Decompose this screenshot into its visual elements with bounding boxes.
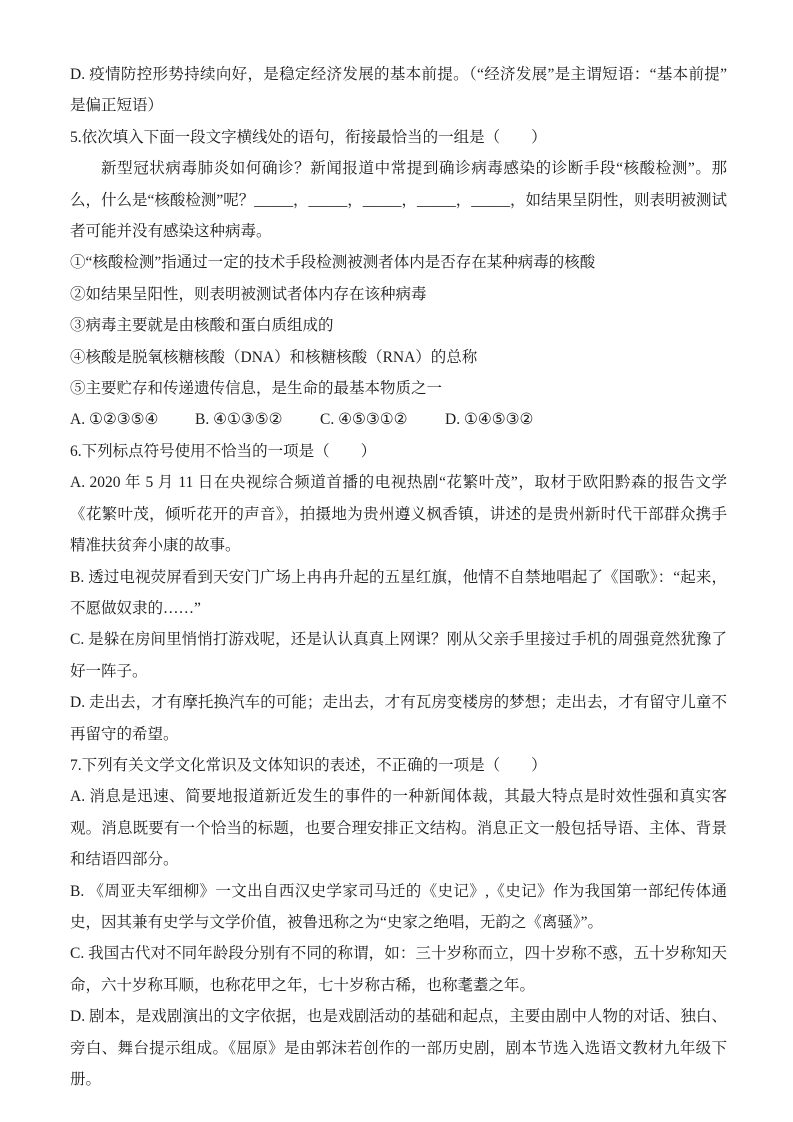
question-5-options-row: A. ①②③⑤④ B. ④①③⑤② C. ④⑤③①② D. ①④⑤③② (70, 404, 727, 435)
question-5-stem: 5.依次填入下面一段文字横线处的语句，衔接最恰当的一组是（ ） (70, 122, 727, 153)
question-7: 7.下列有关文学文化常识及文体知识的表述，不正确的一项是（ ） A. 消息是迅速… (70, 750, 727, 1095)
question-7-option-a: A. 消息是迅速、简要地报道新近发生的事件的一种新闻体裁，其最大特点是时效性强和… (70, 781, 727, 875)
question-6-option-c: C. 是躲在房间里悄悄打游戏呢，还是认认真真上网课？刚从父亲手里接过手机的周强竟… (70, 624, 727, 687)
question-7-option-b: B. 《周亚夫军细柳》一文出自西汉史学家司马迁的《史记》,《史记》作为我国第一部… (70, 876, 727, 939)
question-5-statement-3: ③病毒主要就是由核酸和蛋白质组成的 (70, 310, 727, 341)
question-5-option-a: A. ①②③⑤④ (70, 404, 195, 435)
question-5-statement-4: ④核酸是脱氧核糖核酸（DNA）和核糖核酸（RNA）的总称 (70, 342, 727, 373)
exam-document-page: D. 疫情防控形势持续向好，是稳定经济发展的基本前提。（“经济发展”是主谓短语：… (0, 0, 793, 1122)
question-6-option-d: D. 走出去，才有摩托换汽车的可能；走出去，才有瓦房变楼房的梦想；走出去，才有留… (70, 687, 727, 750)
question-7-stem: 7.下列有关文学文化常识及文体知识的表述，不正确的一项是（ ） (70, 750, 727, 781)
question-5-passage: 新型冠状病毒肺炎如何确诊？新闻报道中常提到确诊病毒感染的诊断手段“核酸检测”。那… (70, 153, 727, 247)
question-7-option-c: C. 我国古代对不同年龄段分别有不同的称谓，如：三十岁称而立，四十岁称不惑，五十… (70, 938, 727, 1001)
question-4-option-d: D. 疫情防控形势持续向好，是稳定经济发展的基本前提。（“经济发展”是主谓短语：… (70, 59, 727, 122)
question-5-statement-2: ②如结果呈阳性，则表明被测试者体内存在该种病毒 (70, 279, 727, 310)
question-5-option-d: D. ①④⑤③② (445, 404, 533, 435)
question-6-option-a: A. 2020 年 5 月 11 日在央视综合频道首播的电视热剧“花繁叶茂”，取… (70, 467, 727, 561)
question-4-continuation: D. 疫情防控形势持续向好，是稳定经济发展的基本前提。（“经济发展”是主谓短语：… (70, 59, 727, 122)
question-7-option-d: D. 剧本，是戏剧演出的文字依据，也是戏剧活动的基础和起点，主要由剧中人物的对话… (70, 1001, 727, 1095)
question-5-statement-1: ①“核酸检测”指通过一定的技术手段检测被测者体内是否存在某种病毒的核酸 (70, 247, 727, 278)
question-5-option-b: B. ④①③⑤② (195, 404, 320, 435)
question-5-option-c: C. ④⑤③①② (320, 404, 445, 435)
question-5-statement-5: ⑤主要贮存和传递遗传信息，是生命的最基本物质之一 (70, 373, 727, 404)
question-5: 5.依次填入下面一段文字横线处的语句，衔接最恰当的一组是（ ） 新型冠状病毒肺炎… (70, 122, 727, 436)
question-6-stem: 6.下列标点符号使用不恰当的一项是（ ） (70, 436, 727, 467)
question-6: 6.下列标点符号使用不恰当的一项是（ ） A. 2020 年 5 月 11 日在… (70, 436, 727, 750)
question-6-option-b: B. 透过电视荧屏看到天安门广场上冉冉升起的五星红旗，他情不自禁地唱起了《国歌》… (70, 562, 727, 625)
